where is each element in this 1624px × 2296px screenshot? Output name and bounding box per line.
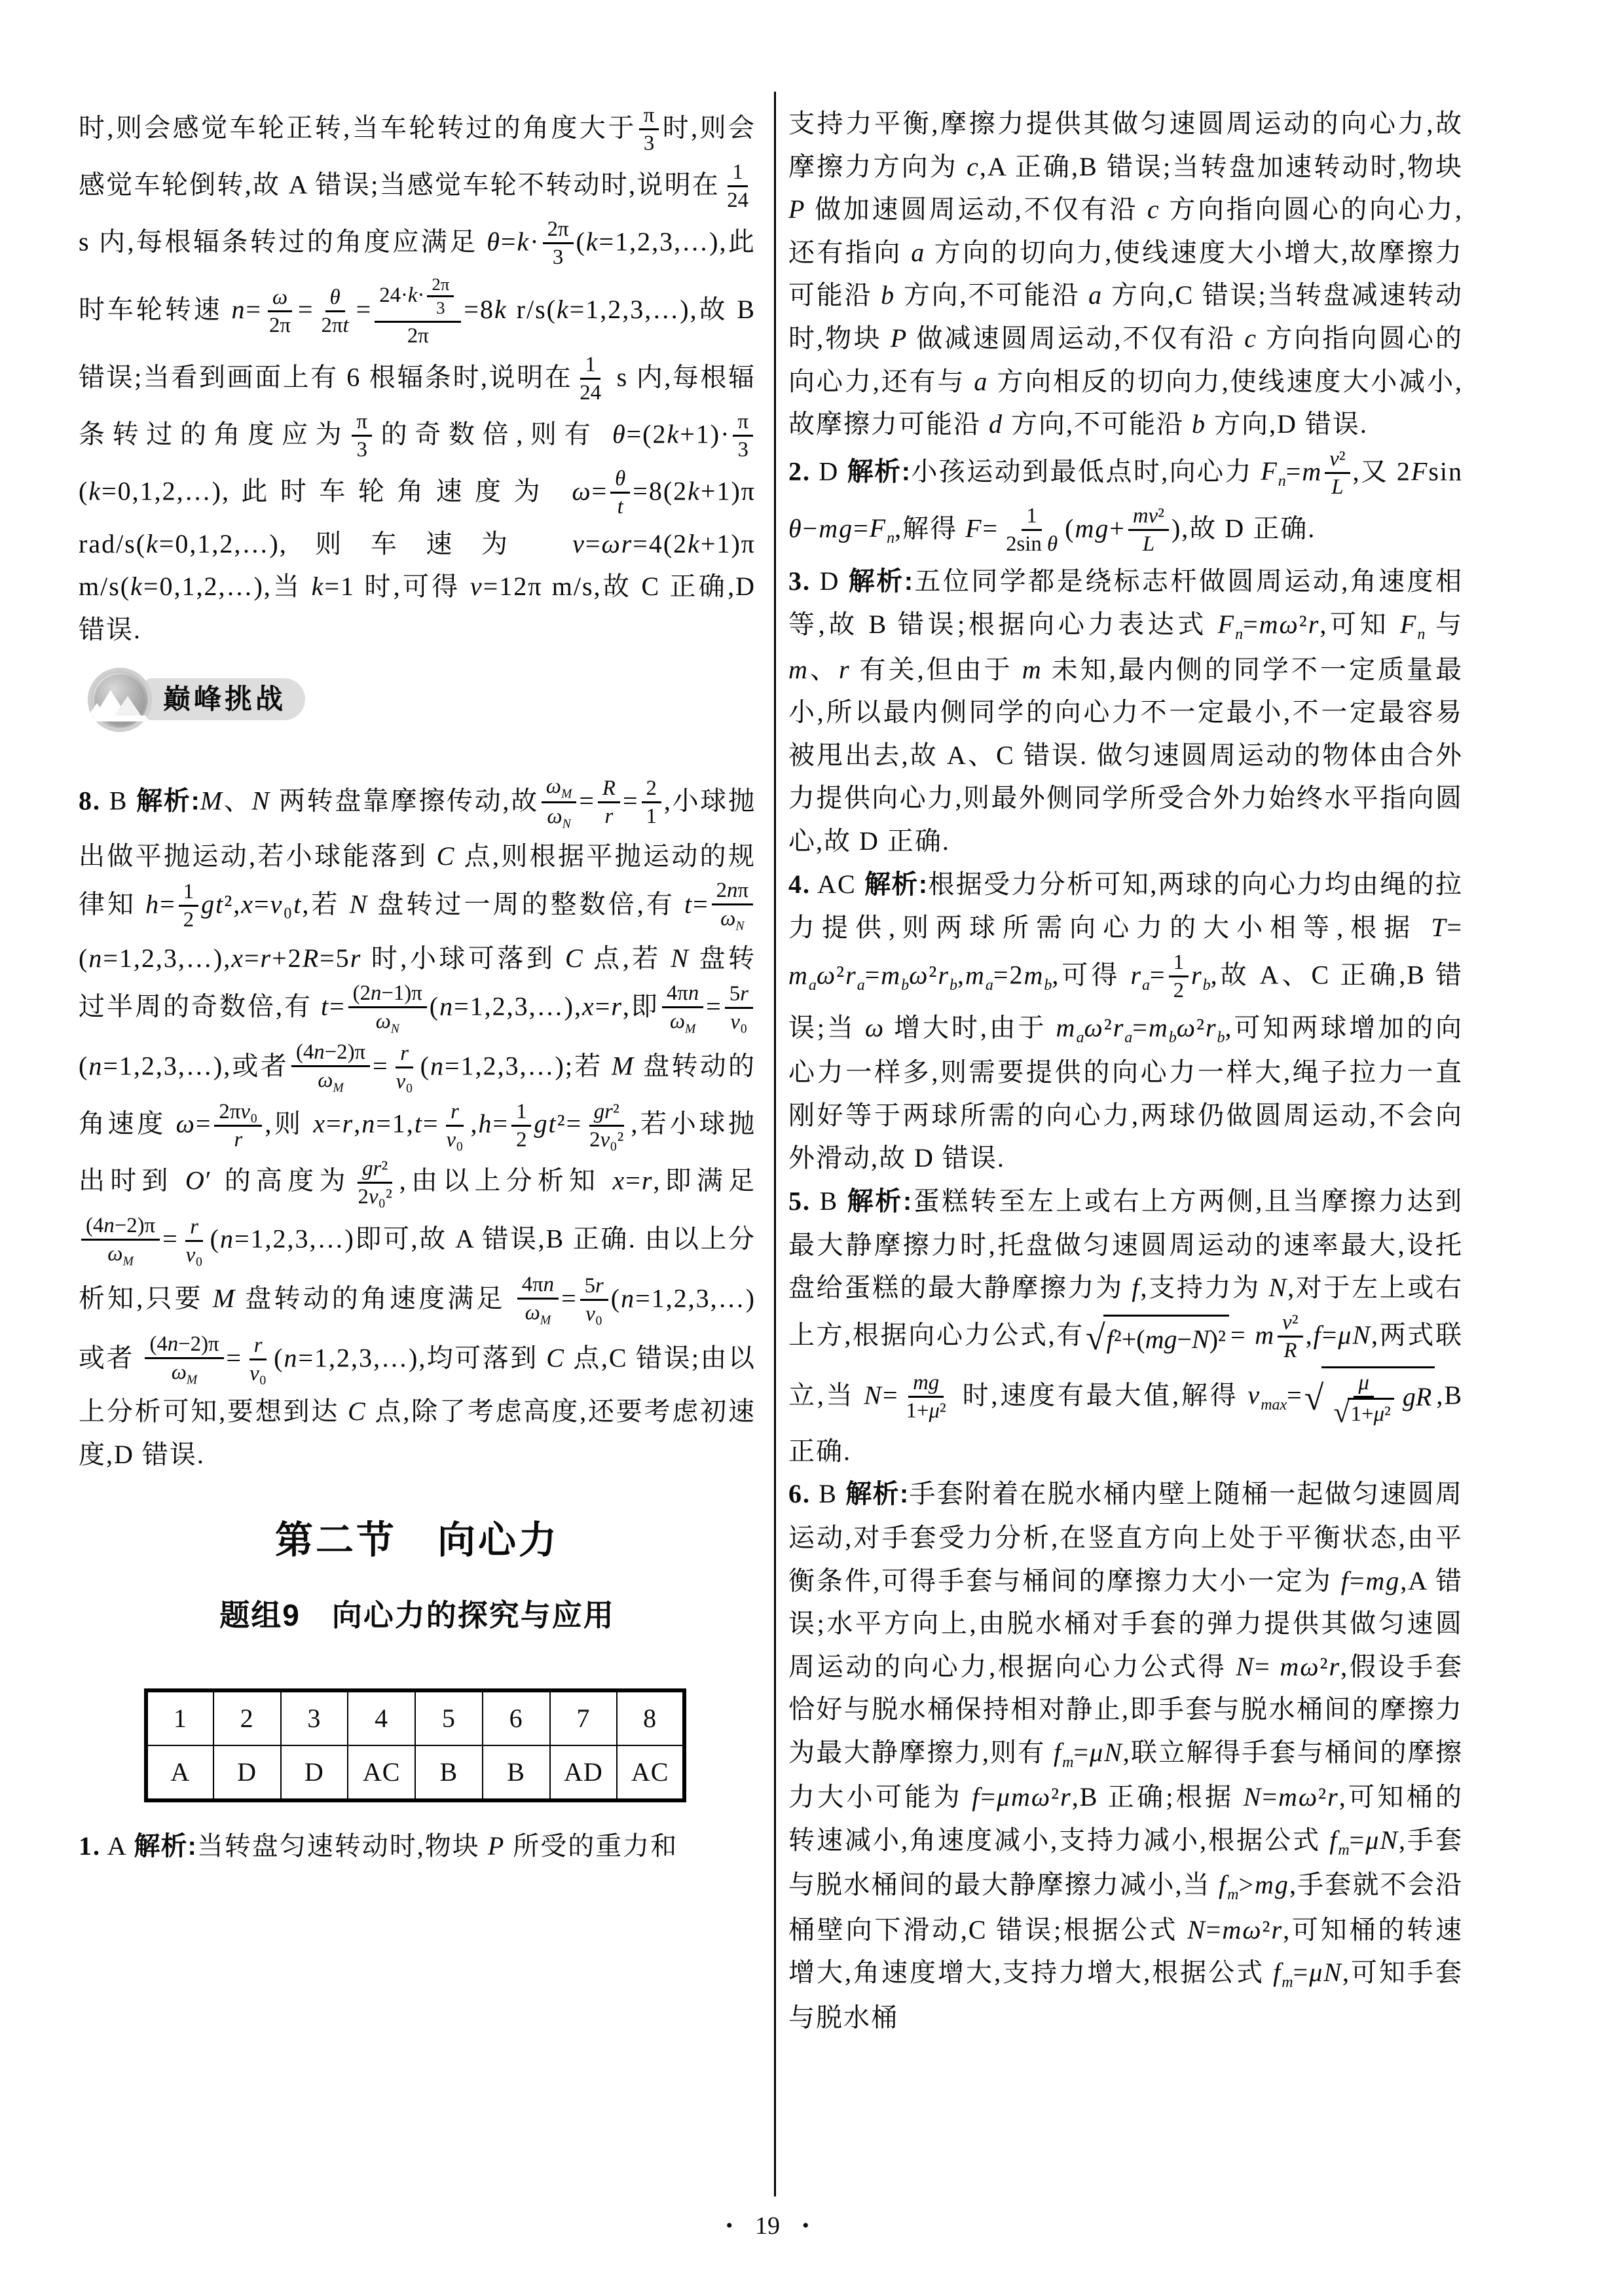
peak-challenge-badge: 巅峰挑战 [79, 668, 756, 736]
header-cell: 1 [146, 1690, 213, 1745]
left-column: 时,则会感觉车轮正转,当车轮转过的角度大于π3时,则会感觉车轮倒转,故 A 错误… [79, 102, 756, 1868]
answer-cell: AD [550, 1745, 618, 1800]
solution-1-start: 1. A 解析:当转盘匀速转动时,物块 P 所受的重力和 [79, 1825, 756, 1868]
answer-table-header-row: 1 2 3 4 5 6 7 8 [146, 1690, 684, 1745]
group-heading: 题组9 向心力的探究与应用 [79, 1597, 756, 1633]
header-cell: 7 [550, 1690, 618, 1745]
header-cell: 3 [281, 1690, 348, 1745]
answer-table-answer-row: A D D AC B B AD AC [146, 1745, 684, 1800]
workbook-answer-page: 时,则会感觉车轮正转,当车轮转过的角度大于π3时,则会感觉车轮倒转,故 A 错误… [0, 0, 1624, 2296]
mountain-icon [88, 668, 152, 732]
header-cell: 6 [483, 1690, 550, 1745]
header-cell: 8 [617, 1690, 684, 1745]
header-cell: 2 [213, 1690, 281, 1745]
page-number-left-dot: • [726, 2215, 733, 2237]
answer-cell: B [415, 1745, 483, 1800]
answer-cell: D [213, 1745, 281, 1800]
solution-5: 5. B 解析:蛋糕转至左上或右上方两侧,且当摩擦力达到最大静摩擦力时,托盘做匀… [788, 1180, 1463, 1472]
answer-cell: B [483, 1745, 550, 1800]
answer-cell: AC [617, 1745, 684, 1800]
header-cell: 5 [415, 1690, 483, 1745]
page-number: • 19 • [682, 2212, 853, 2240]
page-number-right-dot: • [802, 2215, 809, 2237]
answer-cell: D [281, 1745, 348, 1800]
page-number-value: 19 [755, 2212, 780, 2240]
answer-cell: AC [348, 1745, 415, 1800]
solution-4: 4. AC 解析:根据受力分析可知,两球的向心力均由绳的拉力提供,则两球所需向心… [788, 863, 1463, 1180]
solution-3: 3. D 解析:五位同学都是绕标志杆做圆周运动,角速度相等,故 B 错误;根据向… [788, 560, 1463, 863]
solution-6: 6. B 解析:手套附着在脱水桶内壁上随桶一起做匀速圆周运动,对手套受力分析,在… [788, 1472, 1463, 2039]
header-cell: 4 [348, 1690, 415, 1745]
column-divider [774, 92, 776, 2196]
right-column: 支持力平衡,摩擦力提供其做匀速圆周运动的向心力,故摩擦力方向为 c,A 正确,B… [788, 102, 1463, 2039]
solution-2: 2. D 解析:小孩运动到最低点时,向心力 Fn=mv²L,又 2Fsin θ−… [788, 446, 1463, 560]
answer-table: 1 2 3 4 5 6 7 8 A D D AC B B AD AC [144, 1688, 686, 1802]
solution-8: 8. B 解析:M、N 两转盘靠摩擦传动,故ωMωN=Rr=21,小球抛出做平抛… [79, 773, 756, 1476]
solution-1-continuation: 支持力平衡,摩擦力提供其做匀速圆周运动的向心力,故摩擦力方向为 c,A 正确,B… [788, 102, 1463, 446]
solution-7-continuation: 时,则会感觉车轮正转,当车轮转过的角度大于π3时,则会感觉车轮倒转,故 A 错误… [79, 102, 756, 651]
badge-bar: 巅峰挑战 [144, 678, 305, 720]
section-heading: 第二节 向心力 [79, 1518, 756, 1563]
answer-cell: A [146, 1745, 213, 1800]
badge-label: 巅峰挑战 [163, 677, 286, 722]
